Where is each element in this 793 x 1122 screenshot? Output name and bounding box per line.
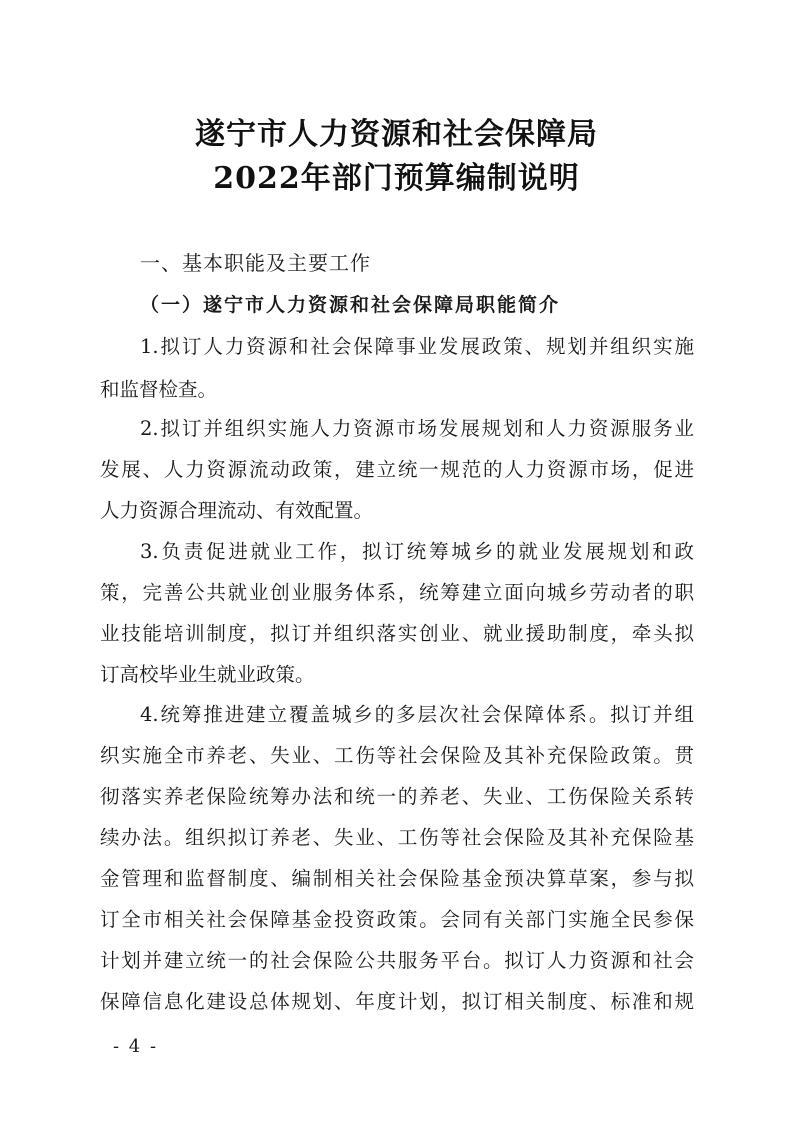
paragraph-line: 策，完善公共就业创业服务体系，统筹建立面向城乡劳动者的职 — [100, 577, 694, 605]
subsection-heading: （一）遂宁市人力资源和社会保障局职能简介 — [140, 290, 560, 317]
paragraph-line: 订高校毕业生就业政策。 — [100, 659, 694, 687]
paragraph-line: 发展、人力资源流动政策，建立统一规范的人力资源市场，促进 — [100, 454, 694, 482]
document-page: 遂宁市人力资源和社会保障局 2022年部门预算编制说明 一、基本职能及主要工作 … — [0, 0, 793, 1122]
section-heading: 一、基本职能及主要工作 — [140, 247, 371, 276]
paragraph-line: 订全市相关社会保障基金投资政策。会同有关部门实施全民参保 — [100, 904, 694, 932]
paragraph-line: 2.拟订并组织实施人力资源市场发展规划和人力资源服务业 — [140, 413, 694, 441]
paragraph-line: 业技能培训制度，拟订并组织落实创业、就业援助制度，牵头拟 — [100, 618, 694, 646]
paragraph-line: 人力资源合理流动、有效配置。 — [100, 495, 694, 523]
paragraph-line: 1.拟订人力资源和社会保障事业发展政策、规划并组织实施 — [140, 331, 694, 359]
paragraph-line: 3.负责促进就业工作，拟订统筹城乡的就业发展规划和政 — [140, 536, 694, 564]
paragraph-line: 保障信息化建设总体规划、年度计划，拟订相关制度、标准和规 — [100, 986, 694, 1014]
paragraph-line: 4.统筹推进建立覆盖城乡的多层次社会保障体系。拟订并组 — [140, 699, 694, 727]
document-title-line2: 2022年部门预算编制说明 — [0, 153, 793, 197]
paragraph-line: 织实施全市养老、失业、工伤等社会保险及其补充保险政策。贯 — [100, 740, 694, 768]
document-title-line1: 遂宁市人力资源和社会保障局 — [0, 109, 793, 153]
page-number: - 4 - — [113, 1036, 158, 1057]
paragraph-line: 金管理和监督制度、编制相关社会保险基金预决算草案，参与拟 — [100, 863, 694, 891]
paragraph-line: 彻落实养老保险统筹办法和统一的养老、失业、工伤保险关系转 — [100, 781, 694, 809]
paragraph-line: 和监督检查。 — [100, 374, 694, 402]
paragraph-line: 续办法。组织拟订养老、失业、工伤等社会保险及其补充保险基 — [100, 822, 694, 850]
paragraph-line: 计划并建立统一的社会保险公共服务平台。拟订人力资源和社会 — [100, 945, 694, 973]
